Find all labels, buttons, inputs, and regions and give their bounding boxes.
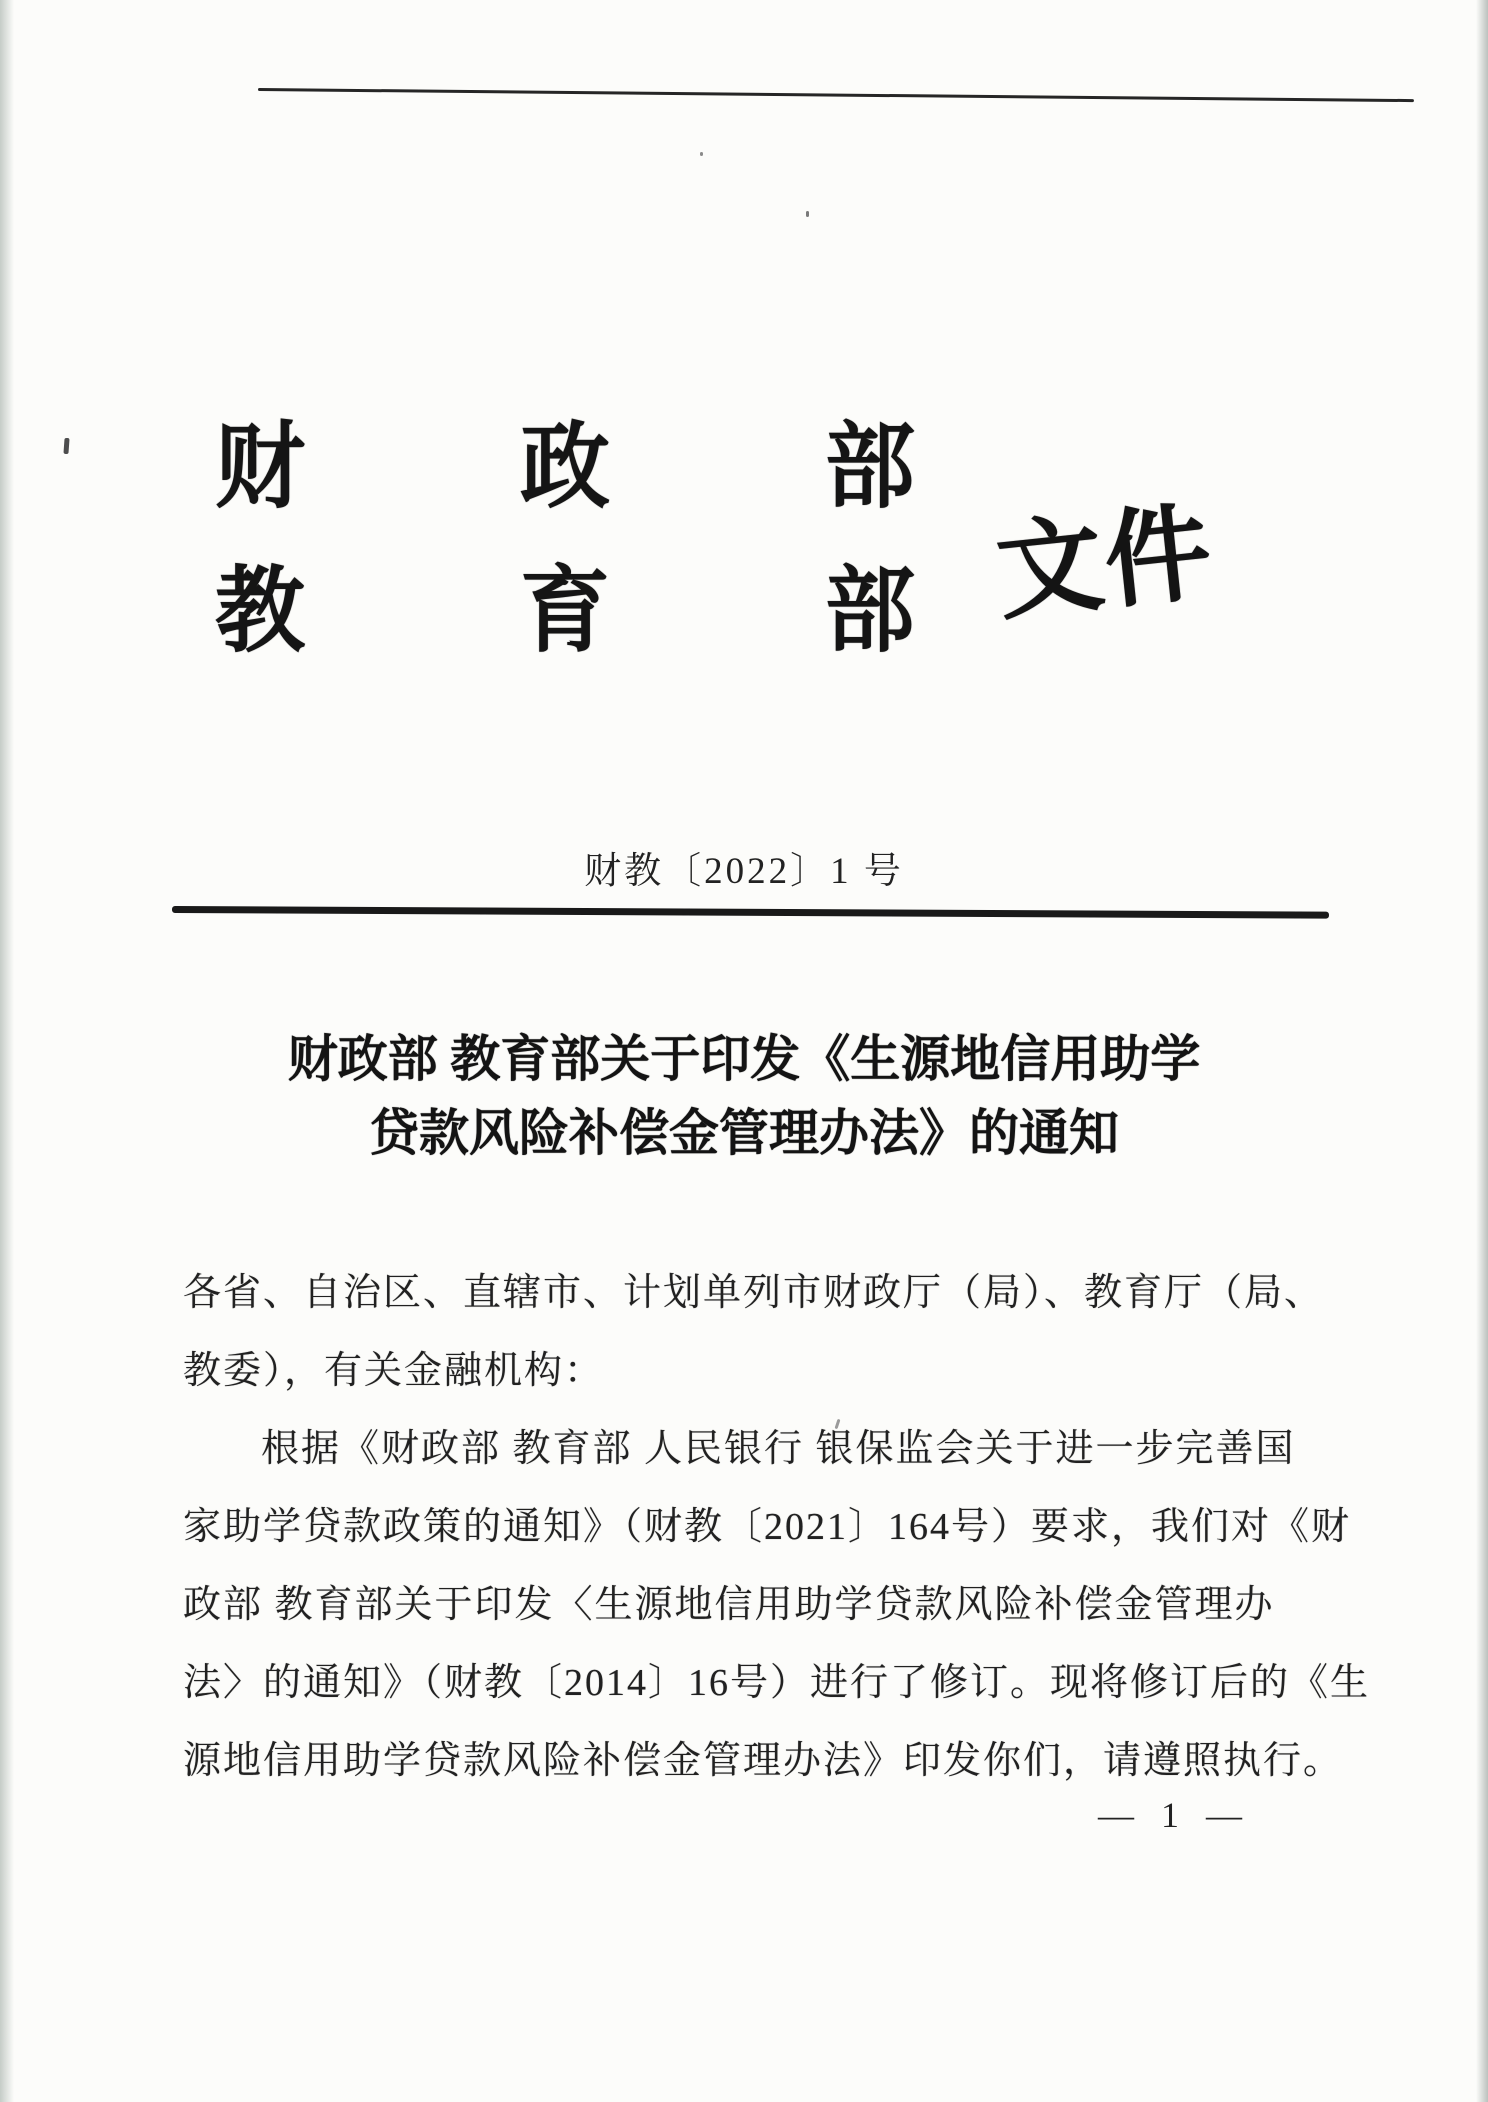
agency-char: 部 xyxy=(825,420,915,518)
agency-char: 部 xyxy=(825,564,915,662)
agency-char: 财 xyxy=(215,420,305,518)
doc-number: 财教〔2022〕1 号 xyxy=(0,840,1488,894)
title-line-1: 财政部 教育部关于印发《生源地信用助学 xyxy=(0,1022,1488,1096)
body-line: 根据《财政部 教育部 人民银行 银保监会关于进一步完善国 xyxy=(183,1410,1333,1488)
body-line: 法〉的通知》（财教〔2014〕16号）进行了修订。现将修订后的《生 xyxy=(183,1644,1333,1722)
letterhead: 财 政 部 教 育 部 xyxy=(215,422,915,660)
body-line: 家助学贷款政策的通知》（财教〔2021〕164号）要求，我们对《财 xyxy=(183,1488,1333,1566)
agency-char: 育 xyxy=(520,564,610,662)
agency-name-education: 教 育 部 xyxy=(215,566,915,660)
body-line-salutation-2: 教委），有关金融机构： xyxy=(183,1332,1333,1410)
doc-type-label: 文件 xyxy=(989,467,1220,641)
scan-artifact-speck xyxy=(806,211,809,217)
scanned-document-page: 财 政 部 教 育 部 文件 财教〔2022〕1 号 财政部 教育部关于印发《生… xyxy=(0,0,1488,2102)
body-line: 源地信用助学贷款风险补偿金管理办法》印发你们，请遵照执行。 xyxy=(183,1722,1333,1800)
body-line-salutation-1: 各省、自治区、直辖市、计划单列市财政厅（局）、教育厅（局、 xyxy=(183,1254,1333,1332)
document-body: 各省、自治区、直辖市、计划单列市财政厅（局）、教育厅（局、 教委），有关金融机构… xyxy=(183,1254,1333,1800)
agency-char: 教 xyxy=(215,564,305,662)
agency-char: 政 xyxy=(520,420,610,518)
title-line-2: 贷款风险补偿金管理办法》的通知 xyxy=(0,1096,1488,1170)
body-line: 政部 教育部关于印发〈生源地信用助学贷款风险补偿金管理办 xyxy=(183,1566,1333,1644)
scan-artifact-speck xyxy=(700,152,703,156)
scan-top-line-artifact xyxy=(258,88,1414,102)
page-number: — 1 — xyxy=(1098,1794,1251,1836)
letterhead-rule xyxy=(172,906,1329,919)
agency-name-finance: 财 政 部 xyxy=(215,422,915,516)
document-title: 财政部 教育部关于印发《生源地信用助学 贷款风险补偿金管理办法》的通知 xyxy=(0,1022,1488,1170)
scan-artifact-speck xyxy=(63,438,69,454)
